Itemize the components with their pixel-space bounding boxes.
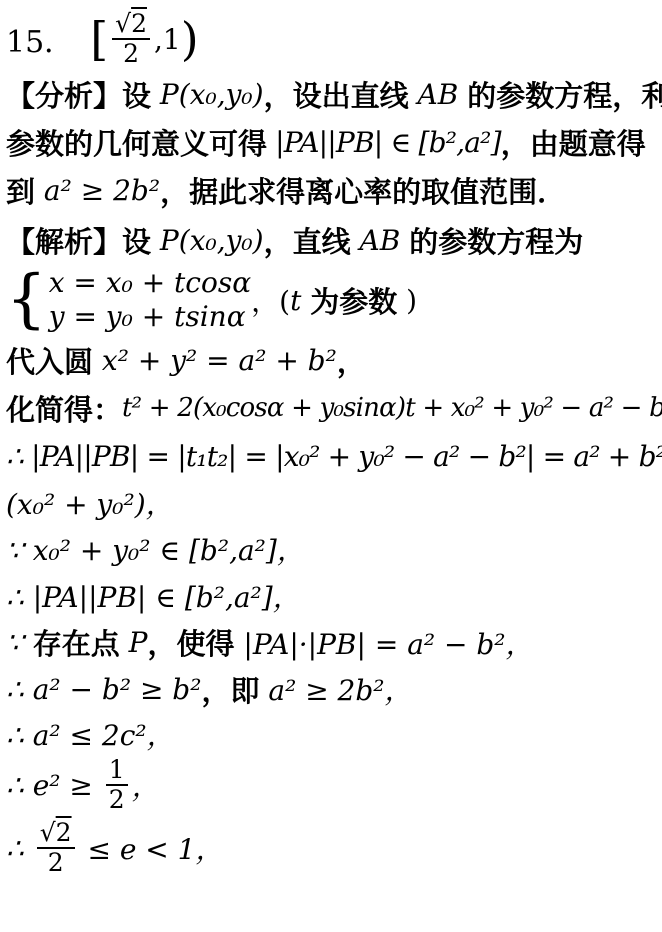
math-expression: P — [120, 626, 148, 659]
interval-open-bracket: [ — [90, 16, 108, 62]
radical-sign: √ — [115, 9, 131, 38]
radicand: 2 — [56, 818, 72, 847]
math-expression: ∴ |PA||PB| ∈ [b²,a²]， — [6, 576, 301, 616]
solution-text: ，使得 — [147, 622, 234, 663]
fraction-denominator: 2 — [48, 849, 64, 877]
because-range-line: ∵ x₀² + y₀² ∈ [b²,a²]， — [6, 526, 658, 572]
inequality-line: ∴ a² − b² ≥ b² ，即 a² ≥ 2b²， — [6, 666, 658, 712]
interval-close-paren: ) — [181, 16, 199, 62]
math-solution-document: 15． [ √2 2 ,1 ) 【分析】 设 P(x₀,y₀) ，设出直线 AB… — [0, 0, 662, 882]
analysis-line-2: 参数的几何意义可得 |PA||PB| ∈ [b²,a²] ，由题意得 — [6, 118, 658, 166]
product-line-cont: (x₀² + y₀²)， — [6, 480, 658, 526]
math-expression: (x₀² + y₀²)， — [6, 483, 174, 523]
a-squared-line: ∴ a² ≤ 2c²， — [6, 712, 658, 756]
solution-text: 设 — [122, 220, 151, 261]
math-expression: a² ≥ 2b² — [35, 174, 160, 207]
math-expression: AB — [351, 224, 410, 257]
analysis-text: 到 — [6, 170, 35, 211]
analysis-line-1: 【分析】 设 P(x₀,y₀) ，设出直线 AB 的参数方程，利用 — [6, 70, 658, 118]
math-expression: ∵ x₀² + y₀² ∈ [b²,a²]， — [6, 529, 305, 569]
substitute-circle-line: 代入圆 x² + y² = a² + b² ， — [6, 336, 658, 384]
solution-text: 化简得： — [6, 388, 122, 429]
equation-rows: x = x₀ + tcosα y = y₀ + tsinα — [49, 266, 251, 333]
radical-sign: √ — [40, 818, 56, 847]
analysis-line-3: 到 a² ≥ 2b² ，据此求得离心率的取值范围． — [6, 166, 658, 214]
math-expression: P(x₀,y₀) — [151, 224, 264, 257]
interval-tail: ,1 — [154, 23, 181, 56]
answer-line: 15． [ √2 2 ,1 ) — [6, 8, 658, 70]
analysis-text: 参数的几何意义可得 — [6, 122, 267, 163]
fraction-numerator: 1 — [106, 756, 128, 786]
analysis-text: ，据此求得离心率的取值范围． — [160, 170, 566, 211]
e-squared-line: ∴ e² ≥ 1 2 ， — [6, 756, 658, 814]
solution-text: 的参数方程为 — [409, 220, 583, 261]
math-expression: ≤ e < 1， — [79, 828, 224, 868]
math-expression: a² ≥ 2b²， — [259, 669, 412, 709]
math-expression: P(x₀,y₀) — [151, 78, 264, 111]
analysis-text: ，设出直线 — [264, 74, 409, 115]
half-fraction: 1 2 — [106, 756, 128, 814]
equation-x: x = x₀ + tcosα — [49, 266, 251, 300]
math-expression: ， — [132, 765, 160, 805]
math-expression: |PA||PB| ∈ [b²,a²] — [267, 126, 501, 159]
math-expression: ∵ — [6, 626, 33, 659]
math-expression: AB — [409, 78, 468, 111]
solution-text: ，即 — [201, 669, 259, 710]
math-expression: ∴ a² ≤ 2c²， — [6, 714, 175, 754]
math-expression: t² + 2(x₀cosα + y₀sinα)t + x₀² + y₀² − a… — [122, 393, 662, 423]
parametric-system: { x = x₀ + tcosα y = y₀ + tsinα ，( t 为参数… — [6, 264, 658, 336]
left-brace: { — [6, 271, 47, 329]
system-separator: ，( — [251, 280, 290, 320]
fraction-numerator: √2 — [37, 819, 75, 849]
math-expression: ∴ a² − b² ≥ b² — [6, 673, 201, 706]
analysis-text: ，由题意得 — [501, 122, 646, 163]
math-expression: x² + y² = a² + b² — [93, 344, 337, 377]
therefore-range-line: ∴ |PA||PB| ∈ [b²,a²]， — [6, 572, 658, 619]
analysis-text: 的参数方程，利用 — [467, 74, 662, 115]
fraction-denominator: 2 — [123, 40, 139, 68]
analysis-tag: 【分析】 — [6, 74, 122, 115]
math-expression: ∴ e² ≥ — [6, 769, 102, 802]
solution-line-1: 【解析】 设 P(x₀,y₀) ，直线 AB 的参数方程为 — [6, 216, 658, 264]
equation-y: y = y₀ + tsinα — [49, 300, 251, 334]
problem-number: 15． — [6, 17, 74, 61]
math-expression: ∴ |PA||PB| = |t₁t₂| = |x₀² + y₀² − a² − … — [6, 440, 662, 473]
fraction-denominator: 2 — [109, 786, 125, 814]
analysis-text: 设 — [122, 74, 151, 115]
parameter-note: 为参数 — [310, 280, 397, 321]
parameter-variable: t — [290, 284, 310, 317]
solution-text: ，直线 — [264, 220, 351, 261]
math-expression: |PA|·|PB| = a² − b²， — [235, 623, 534, 663]
math-expression: ∴ — [6, 832, 33, 865]
solution-text: 代入圆 — [6, 340, 93, 381]
sqrt2-over-2-fraction: √2 2 — [37, 819, 75, 877]
eccentricity-result-line: ∴ √2 2 ≤ e < 1， — [6, 814, 658, 882]
exists-point-line: ∵ 存在点 P ，使得 |PA|·|PB| = a² − b²， — [6, 619, 658, 666]
simplify-line: 化简得： t² + 2(x₀cosα + y₀sinα)t + x₀² + y₀… — [6, 384, 658, 432]
close-paren: ) — [397, 284, 417, 317]
answer-fraction: √2 2 — [112, 10, 150, 68]
solution-text: ， — [337, 340, 366, 381]
solution-text: 存在点 — [33, 622, 120, 663]
fraction-numerator: √2 — [112, 10, 150, 40]
solution-tag: 【解析】 — [6, 220, 122, 261]
product-line: ∴ |PA||PB| = |t₁t₂| = |x₀² + y₀² − a² − … — [6, 432, 658, 480]
radicand: 2 — [131, 9, 147, 38]
